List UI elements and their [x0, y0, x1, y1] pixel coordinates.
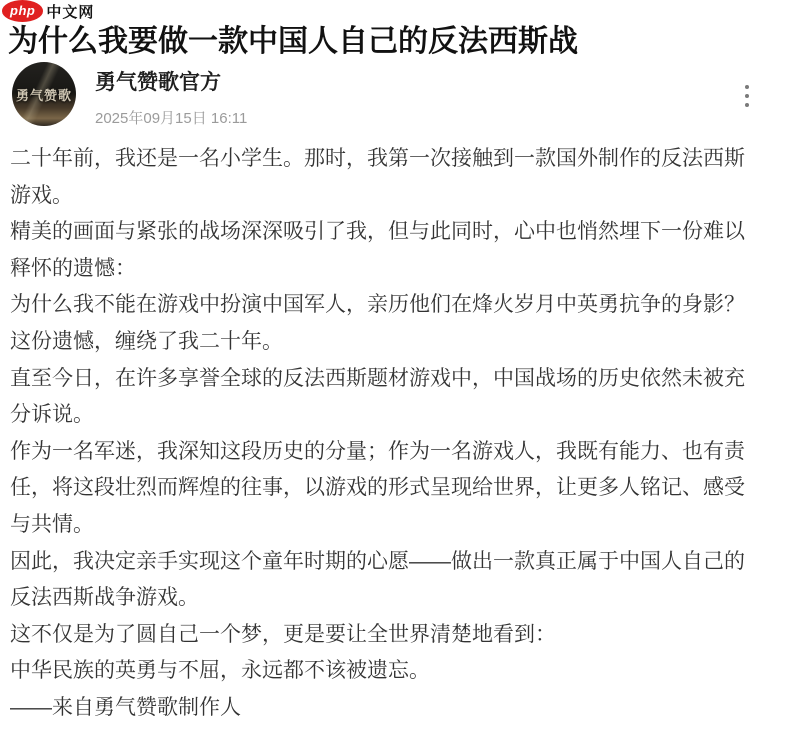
author-avatar[interactable]: 勇气赞歌	[12, 62, 76, 126]
article-paragraph: 直至今日，在许多享誉全球的反法西斯题材游戏中，中国战场的历史依然未被充分诉说。	[10, 361, 762, 434]
avatar-label: 勇气赞歌	[16, 85, 72, 104]
author-meta: 勇气赞歌官方 2025年09月15日 16:11	[95, 66, 247, 128]
article-paragraph: 作为一名军迷，我深知这段历史的分量；作为一名游戏人，我既有能力、也有责任，将这段…	[10, 434, 762, 544]
article-paragraph: ——来自勇气赞歌制作人	[10, 690, 762, 727]
kebab-dot	[745, 85, 749, 89]
author-header: 勇气赞歌 勇气赞歌官方 2025年09月15日 16:11	[12, 62, 783, 128]
page-title: 为什么我要做一款中国人自己的反法西斯战	[8, 16, 578, 60]
article-paragraph: 为什么我不能在游戏中扮演中国军人，亲历他们在烽火岁月中英勇抗争的身影？这份遗憾，…	[10, 287, 762, 360]
article-page: php 中文网 为什么我要做一款中国人自己的反法西斯战 勇气赞歌 勇气赞歌官方 …	[0, 0, 795, 731]
author-name[interactable]: 勇气赞歌官方	[95, 66, 247, 96]
more-options-icon[interactable]	[737, 80, 757, 112]
article-paragraph: 因此，我决定亲手实现这个童年时期的心愿——做出一款真正属于中国人自己的反法西斯战…	[10, 544, 762, 617]
article-paragraph: 二十年前，我还是一名小学生。那时，我第一次接触到一款国外制作的反法西斯游戏。	[10, 141, 762, 214]
post-date: 2025年09月15日 16:11	[95, 107, 247, 128]
site-logo[interactable]: php 中文网	[2, 0, 94, 22]
php-logo-icon: php	[2, 0, 43, 22]
article-paragraph: 精美的画面与紧张的战场深深吸引了我，但与此同时，心中也悄然埋下一份难以释怀的遗憾…	[10, 214, 762, 287]
site-logo-text: 中文网	[46, 1, 94, 22]
article-body: 二十年前，我还是一名小学生。那时，我第一次接触到一款国外制作的反法西斯游戏。 精…	[10, 141, 762, 727]
article-paragraph: 这不仅是为了圆自己一个梦，更是要让全世界清楚地看到：	[10, 617, 762, 654]
kebab-dot	[745, 103, 749, 107]
kebab-dot	[745, 94, 749, 98]
article-paragraph: 中华民族的英勇与不屈，永远都不该被遗忘。	[10, 653, 762, 690]
